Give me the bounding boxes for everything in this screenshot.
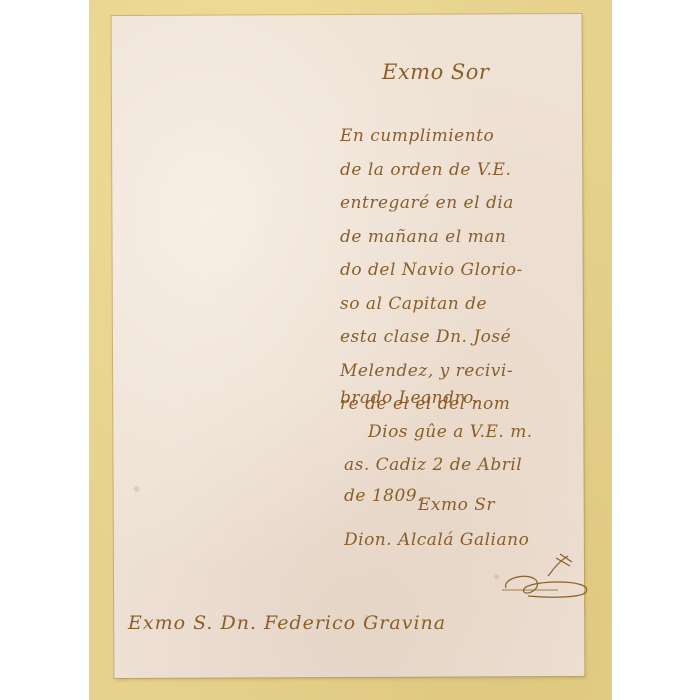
- letter-salutation: Exmo Sor: [382, 60, 489, 84]
- body-line: esta clase Dn. José: [340, 321, 523, 355]
- body-line: entregaré en el dia: [340, 187, 523, 221]
- body-line: Melendez, y recivi-: [340, 355, 523, 389]
- body-line: brado Leandro.: [340, 388, 479, 408]
- closing-salutation: Exmo Sr: [418, 495, 495, 515]
- letter-body: En cumplimiento de la orden de V.E. entr…: [340, 120, 523, 422]
- rubric-flourish-icon: [498, 552, 593, 602]
- signature: Dion. Alcalá Galiano: [344, 530, 529, 550]
- body-line: de la orden de V.E.: [340, 154, 523, 188]
- addressee: Exmo S. Dn. Federico Gravina: [128, 612, 446, 634]
- body-line: do del Navio Glorio-: [340, 254, 523, 288]
- paper-stain: [134, 486, 140, 492]
- place-date-line: as. Cadiz 2 de Abril: [344, 450, 522, 481]
- letter-closing: Dios gûe a V.E. m.: [368, 422, 533, 442]
- body-line: En cumplimiento: [340, 120, 523, 154]
- body-line: de mañana el man: [340, 221, 523, 255]
- body-line: so al Capitan de: [340, 288, 523, 322]
